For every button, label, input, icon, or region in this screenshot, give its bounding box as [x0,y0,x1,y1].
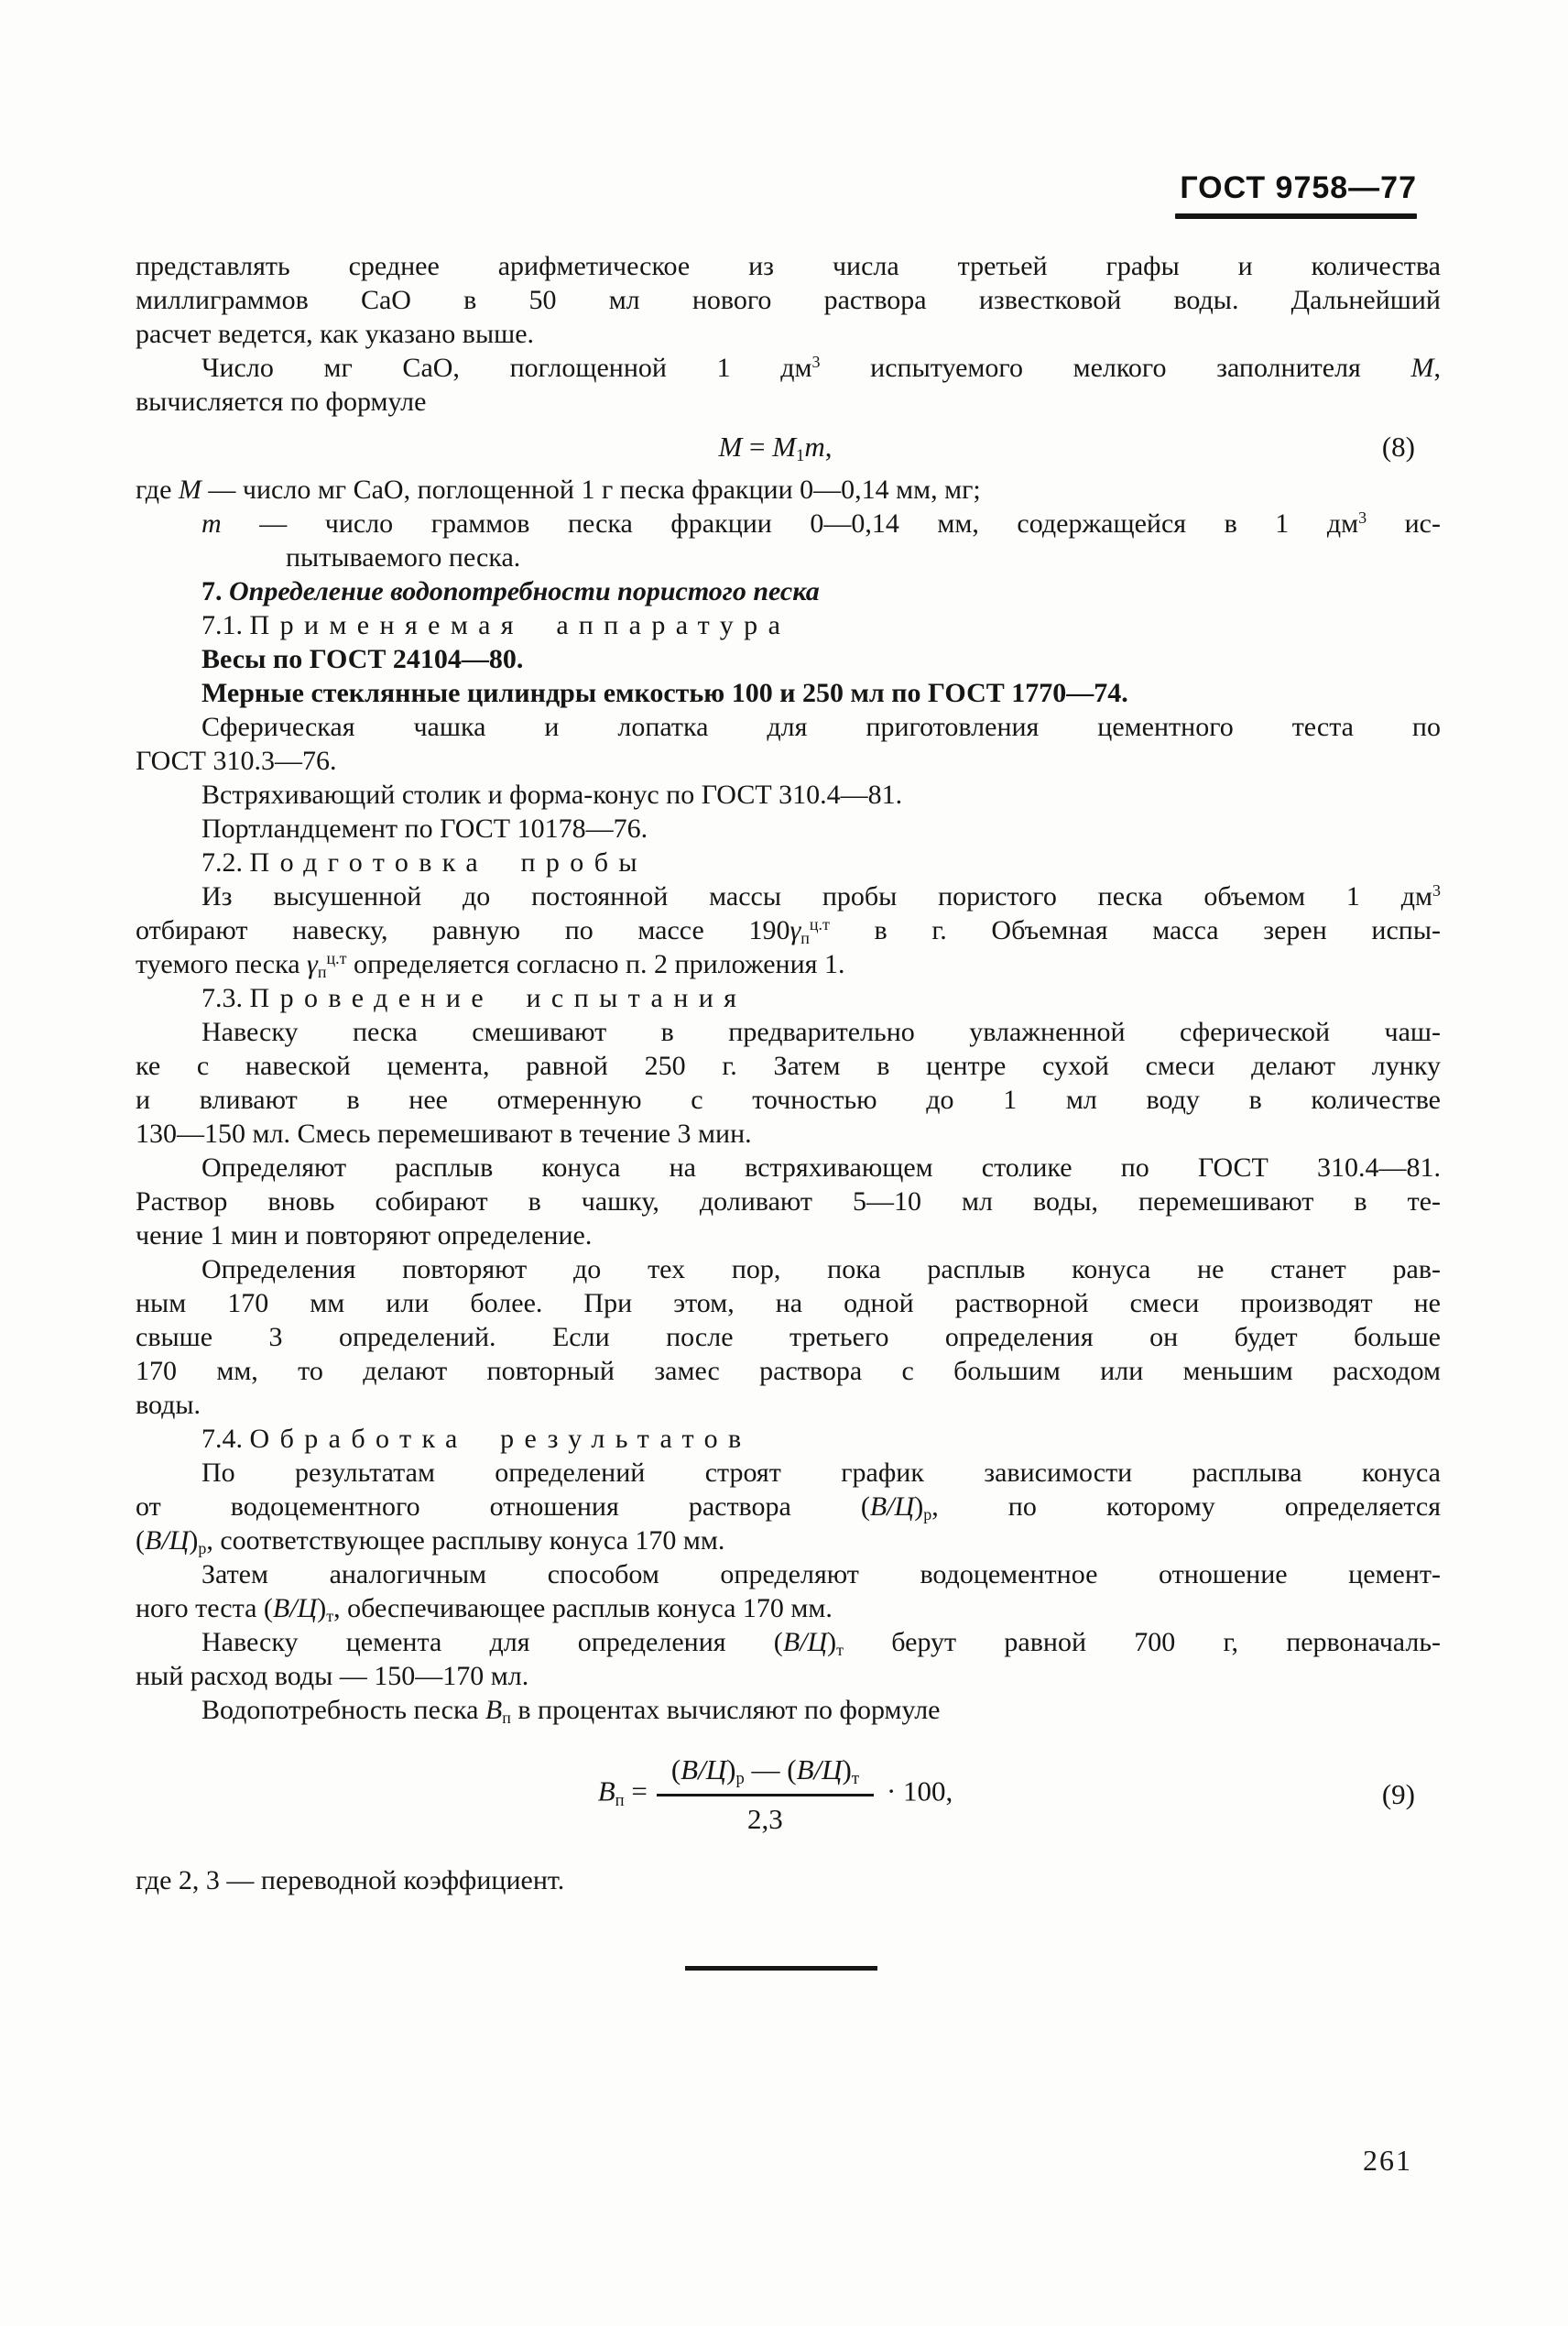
text-line: ного теста (В/Ц)т, обеспечивающее расплы… [136,1591,1441,1625]
fraction-numerator: (В/Ц)р — (В/Ц)т [657,1753,874,1796]
formula-expression: М = М1m, [718,430,832,464]
text-line: (В/Ц)р, соответствующее расплыву конуса … [136,1523,1441,1557]
text-line: Портландцемент по ГОСТ 10178—76. [136,812,1441,846]
formula: М = М1m,(8) [136,430,1441,464]
end-of-text-divider [685,1966,877,1971]
text-line: Число мг CaO, поглощенной 1 дм3 испытуем… [136,351,1441,385]
text-line: 7.1. Применяемая аппаратура [136,608,1441,642]
text-line: Мерные стеклянные цилиндры емкостью 100 … [136,676,1441,710]
text-line: пытываемого песка. [136,541,1441,574]
text-line: чение 1 мин и повторяют определение. [136,1218,1441,1252]
fraction-denominator: 2,3 [657,1796,874,1836]
gost-standard-number: ГОСТ 9758—77 [1180,170,1417,206]
text-line: вычисляется по формуле [136,385,1441,419]
text-line: от водоцементного отношения раствора (В/… [136,1490,1441,1523]
text-line: ный расход воды — 150—170 мл. [136,1659,1441,1693]
text-line: Навеску песка смешивают в предварительно… [136,1015,1441,1049]
text-line: представлять среднее арифметическое из ч… [136,249,1441,283]
text-line: ным 170 мм или более. При этом, на одной… [136,1286,1441,1320]
text-line: и вливают в нее отмеренную с точностью д… [136,1083,1441,1117]
text-line: Из высушенной до постоянной массы пробы … [136,879,1441,913]
text-line: Встряхивающий столик и форма-конус по ГО… [136,778,1441,812]
text-line: По результатам определений строят график… [136,1456,1441,1490]
text-line: Раствор вновь собирают в чашку, доливают… [136,1185,1441,1218]
text-line: отбирают навеску, равную по массе 190γпц… [136,913,1441,947]
document-body: представлять среднее арифметическое из ч… [136,249,1441,1897]
text-line: воды. [136,1388,1441,1422]
text-line: Определяют расплыв конуса на встряхивающ… [136,1151,1441,1185]
header-underline [1175,213,1417,219]
text-line: где 2, 3 — переводной коэффициент. [136,1863,1441,1897]
text-line: 7.4. Обработка результатов [136,1422,1441,1456]
document-page: ГОСТ 9758—77 представлять среднее арифме… [0,0,1568,2326]
text-line: Водопотребность песка Вп в процентах выч… [136,1693,1441,1727]
text-line: 7.3. Проведение испытания [136,981,1441,1015]
page-number: 261 [1363,2144,1412,2178]
text-line: туемого песка γпц.т определяется согласн… [136,947,1441,981]
text-line: Сферическая чашка и лопатка для приготов… [136,710,1441,744]
text-line: Определения повторяют до тех пор, пока р… [136,1252,1441,1286]
text-line: 7. Определение водопотребности пористого… [136,574,1441,608]
text-line: 170 мм, то делают повторный замес раство… [136,1354,1441,1388]
text-line: миллиграммов CaO в 50 мл нового раствора… [136,283,1441,317]
text-line: ГОСТ 310.3—76. [136,744,1441,778]
text-line: 130—150 мл. Смесь перемешивают в течение… [136,1117,1441,1151]
text-line: Весы по ГОСТ 24104—80. [136,642,1441,676]
text-line: Затем аналогичным способом определяют во… [136,1557,1441,1591]
text-line: Навеску цемента для определения (В/Ц)т б… [136,1625,1441,1659]
fraction: (В/Ц)р — (В/Ц)т2,3 [657,1753,874,1836]
text-line: свыше 3 определений. Если после третьего… [136,1320,1441,1354]
text-line: 7.2. Подготовка пробы [136,846,1441,879]
equation-number: (9) [953,1777,1441,1811]
text-line: расчет ведется, как указано выше. [136,317,1441,351]
formula: Вп =(В/Ц)р — (В/Ц)т2,3· 100,(9) [136,1753,1441,1836]
formula-expression: Вп =(В/Ц)р — (В/Ц)т2,3· 100, [598,1753,953,1836]
equation-number: (8) [833,430,1441,464]
text-line: m — число граммов песка фракции 0—0,14 м… [136,507,1441,541]
text-line: где М — число мг CaO, поглощенной 1 г пе… [136,473,1441,507]
text-line: ке с навеской цемента, равной 250 г. Зат… [136,1049,1441,1083]
